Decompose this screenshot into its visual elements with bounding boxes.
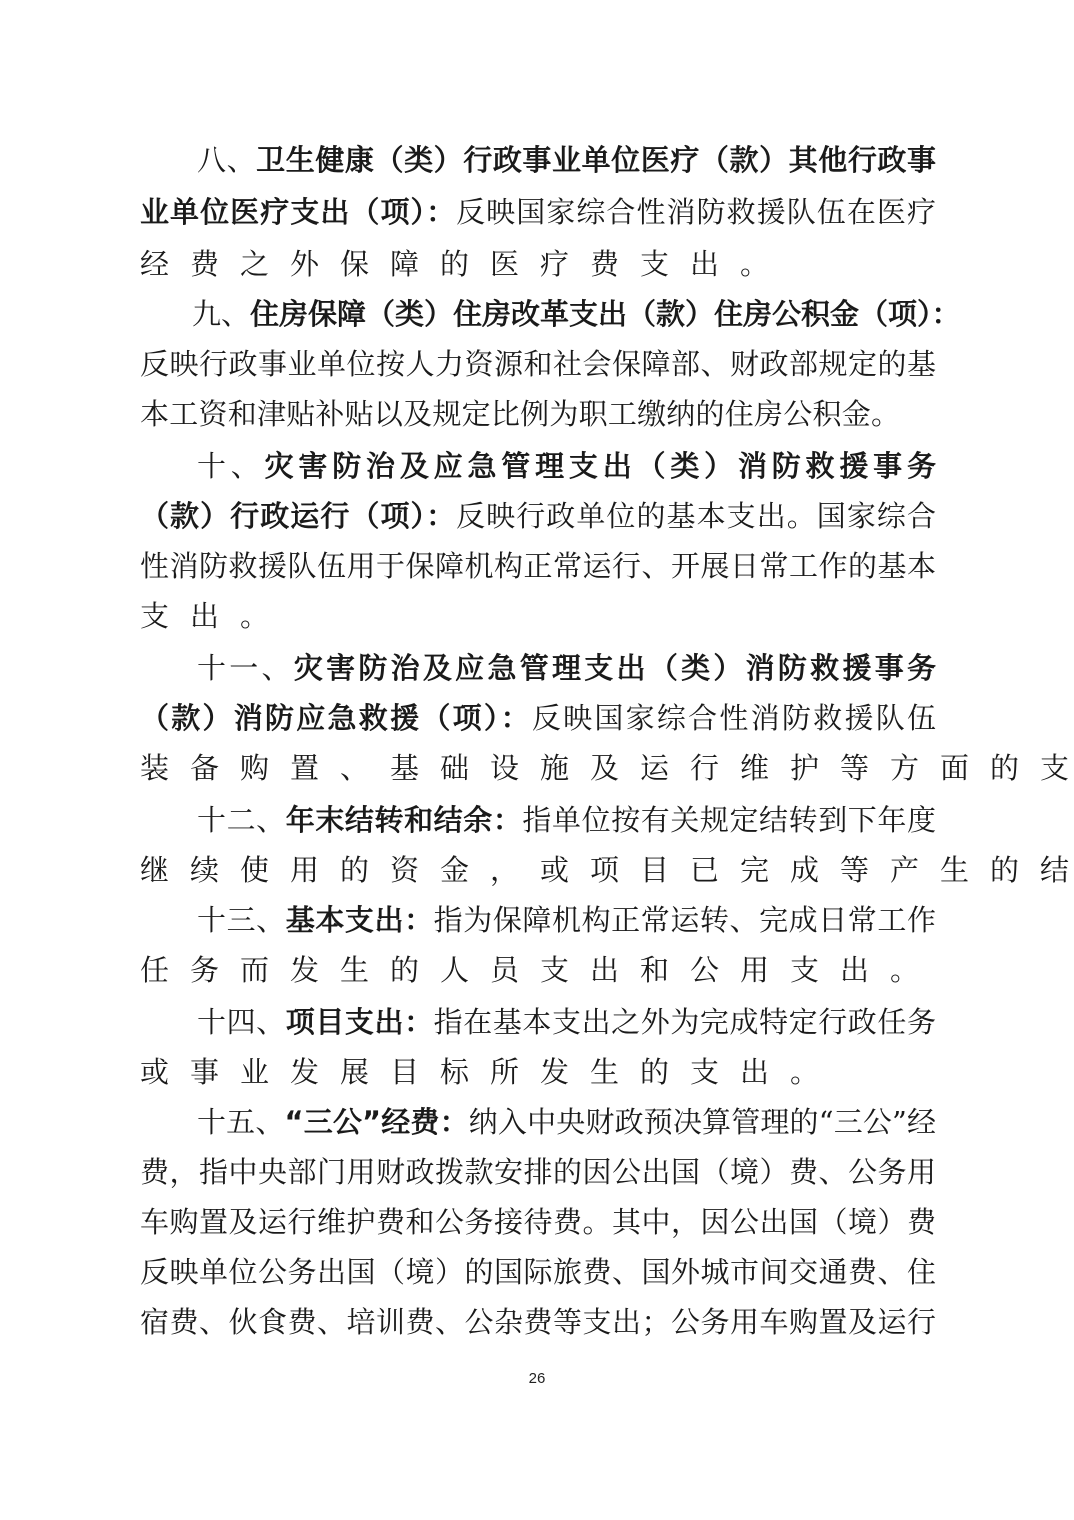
paragraph-11-line-1: 十一、灾害防治及应急管理支出（类）消防救援事务 xyxy=(197,642,936,694)
item-body: 反映国家综合性消防救援队伍 xyxy=(532,701,936,735)
paragraph-14-line-1: 十四、项目支出：指在基本支出之外为完成特定行政任务 xyxy=(197,996,936,1048)
paragraph-9-line-1: 九、住房保障（类）住房改革支出（款）住房公积金（项）： xyxy=(192,288,936,340)
item-heading: （款）消防应急救援（项）： xyxy=(140,701,532,735)
item-body: 宿费、伙食费、培训费、公杂费等支出；公务用车购置及运行 xyxy=(140,1305,936,1339)
paragraph-11-line-2: （款）消防应急救援（项）：反映国家综合性消防救援队伍 xyxy=(140,692,936,744)
paragraph-15-line-2: 费，指中央部门用财政拨款安排的因公出国（境）费、公务用 xyxy=(140,1146,936,1198)
item-body: 支出。 xyxy=(140,599,290,633)
item-body: 或事业发展目标所发生的支出。 xyxy=(140,1055,840,1089)
page-number: 26 xyxy=(0,1370,1074,1387)
paragraph-15-line-4: 反映单位公务出国（境）的国际旅费、国外城市间交通费、住 xyxy=(140,1246,936,1298)
item-heading: 业单位医疗支出（项）： xyxy=(140,195,456,229)
item-body: 费，指中央部门用财政拨款安排的因公出国（境）费、公务用 xyxy=(140,1155,936,1189)
paragraph-10-line-1: 十、灾害防治及应急管理支出（类）消防救援事务 xyxy=(197,440,936,492)
item-body: 反映单位公务出国（境）的国际旅费、国外城市间交通费、住 xyxy=(140,1255,936,1289)
item-number: 十五、 xyxy=(197,1105,285,1139)
paragraph-10-line-3: 性消防救援队伍用于保障机构正常运行、开展日常工作的基本 xyxy=(140,540,936,592)
item-body: 任务而发生的人员支出和公用支出。 xyxy=(140,953,940,987)
item-heading: 年末结转和结余： xyxy=(286,803,523,837)
paragraph-12-line-2: 继续使用的资金，或项目已完成等产生的结余资金。 xyxy=(140,844,936,896)
paragraph-8-line-2: 业单位医疗支出（项）：反映国家综合性消防救援队伍在医疗 xyxy=(140,186,936,238)
paragraph-15-line-5: 宿费、伙食费、培训费、公杂费等支出；公务用车购置及运行 xyxy=(140,1296,936,1348)
document-page: 八、卫生健康（类）行政事业单位医疗（款）其他行政事 业单位医疗支出（项）：反映国… xyxy=(0,0,1074,1520)
paragraph-13-line-1: 十三、基本支出：指为保障机构正常运转、完成日常工作 xyxy=(197,894,936,946)
paragraph-8-line-1: 八、卫生健康（类）行政事业单位医疗（款）其他行政事 xyxy=(197,134,936,186)
item-number: 十一、 xyxy=(197,651,294,685)
item-body: 本工资和津贴补贴以及规定比例为职工缴纳的住房公积金。 xyxy=(140,397,900,431)
item-number: 九、 xyxy=(192,297,250,331)
item-number: 十二、 xyxy=(197,803,286,837)
item-body: 性消防救援队伍用于保障机构正常运行、开展日常工作的基本 xyxy=(140,549,936,583)
item-heading: 灾害防治及应急管理支出（类）消防救援事务 xyxy=(294,651,936,685)
item-body: 指单位按有关规定结转到下年度 xyxy=(522,803,936,837)
item-body: 经费之外保障的医疗费支出。 xyxy=(140,247,790,281)
item-number: 十四、 xyxy=(197,1005,286,1039)
item-heading: 灾害防治及应急管理支出（类）消防救援事务 xyxy=(265,449,936,483)
paragraph-15-line-3: 车购置及运行维护费和公务接待费。其中，因公出国（境）费 xyxy=(140,1196,936,1248)
item-body: 反映国家综合性消防救援队伍在医疗 xyxy=(456,195,936,229)
paragraph-15-line-1: 十五、“三公”经费：纳入中央财政预决算管理的“三公”经 xyxy=(197,1096,936,1148)
item-body: 指在基本支出之外为完成特定行政任务 xyxy=(434,1005,936,1039)
paragraph-14-line-2: 或事业发展目标所发生的支出。 xyxy=(140,1046,936,1098)
item-heading: 项目支出： xyxy=(286,1005,434,1039)
paragraph-8-line-3: 经费之外保障的医疗费支出。 xyxy=(140,238,936,290)
item-heading: 卫生健康（类）行政事业单位医疗（款）其他行政事 xyxy=(256,143,936,177)
item-body: 反映行政单位的基本支出。国家综合 xyxy=(456,499,936,533)
item-body: 车购置及运行维护费和公务接待费。其中，因公出国（境）费 xyxy=(140,1205,936,1239)
item-heading: “三公”经费： xyxy=(285,1105,469,1139)
item-heading: 住房保障（类）住房改革支出（款）住房公积金（项）： xyxy=(250,297,961,331)
item-body: 指为保障机构正常运转、完成日常工作 xyxy=(434,903,936,937)
paragraph-11-line-3: 装备购置、基础设施及运行维护等方面的支出。 xyxy=(140,742,936,794)
item-body: 继续使用的资金，或项目已完成等产生的结余资金。 xyxy=(140,853,1074,887)
item-body: 纳入中央财政预决算管理的“三公”经 xyxy=(469,1105,936,1139)
paragraph-10-line-2: （款）行政运行（项）：反映行政单位的基本支出。国家综合 xyxy=(140,490,936,542)
paragraph-13-line-2: 任务而发生的人员支出和公用支出。 xyxy=(140,944,936,996)
item-number: 十三、 xyxy=(197,903,286,937)
item-number: 八、 xyxy=(197,143,256,177)
item-heading: （款）行政运行（项）： xyxy=(140,499,456,533)
paragraph-9-line-2: 反映行政事业单位按人力资源和社会保障部、财政部规定的基 xyxy=(140,338,936,390)
item-number: 十、 xyxy=(197,449,265,483)
paragraph-12-line-1: 十二、年末结转和结余：指单位按有关规定结转到下年度 xyxy=(197,794,936,846)
paragraph-10-line-4: 支出。 xyxy=(140,590,936,642)
item-body: 装备购置、基础设施及运行维护等方面的支出。 xyxy=(140,751,1074,785)
paragraph-9-line-3: 本工资和津贴补贴以及规定比例为职工缴纳的住房公积金。 xyxy=(140,388,900,440)
item-heading: 基本支出： xyxy=(286,903,434,937)
item-body: 反映行政事业单位按人力资源和社会保障部、财政部规定的基 xyxy=(140,347,936,381)
